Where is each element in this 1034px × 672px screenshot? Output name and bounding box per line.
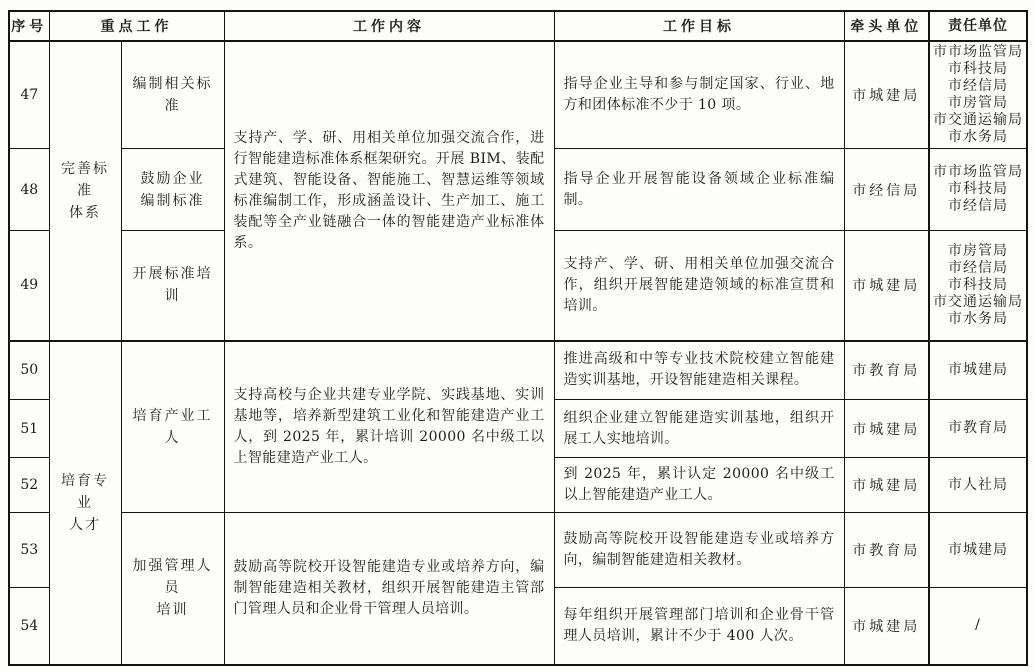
goal-cell: 支持产、学、研、用相关单位加强交流合作，组织开展智能建造领域的标准宣贯和培训。 xyxy=(554,231,844,341)
header-lead: 牵头单位 xyxy=(844,11,929,41)
goal-cell: 组织企业建立智能建造实训基地，组织开展工人实地培训。 xyxy=(554,400,844,458)
table-row: 53 加强管理人员 培训 鼓励高等院校开设智能建造专业或培养方向，编制智能建造相… xyxy=(9,513,1027,588)
task-cell: 培育产业工人 xyxy=(121,341,224,513)
task-cell: 鼓励企业 编制标准 xyxy=(121,149,224,231)
lead-unit-cell: 市城建局 xyxy=(844,588,929,665)
task-cell: 加强管理人员 培训 xyxy=(121,513,224,665)
table-row: 47 完善标准 体系 编制相关标准 支持产、学、研、用相关单位加强交流合作，进行… xyxy=(9,41,1027,149)
responsible-unit-cell: 市房管局 市经信局 市科技局 市交通运输局 市水务局 xyxy=(929,231,1027,341)
serial-cell: 48 xyxy=(9,149,49,231)
lead-unit-cell: 市经信局 xyxy=(844,149,929,231)
responsible-unit-cell: 市城建局 xyxy=(929,341,1027,400)
header-goal: 工作目标 xyxy=(554,11,844,41)
header-key-work: 重点工作 xyxy=(49,11,224,41)
content-cell-workers: 支持高校与企业共建专业学院、实践基地、实训基地等，培养新型建筑工业化和智能建造产… xyxy=(224,341,554,513)
serial-cell: 53 xyxy=(9,513,49,588)
responsible-unit-cell: 市教育局 xyxy=(929,400,1027,458)
serial-cell: 49 xyxy=(9,231,49,341)
serial-cell: 47 xyxy=(9,41,49,149)
goal-cell: 到 2025 年，累计认定 20000 名中级工以上智能建造产业工人。 xyxy=(554,458,844,513)
lead-unit-cell: 市城建局 xyxy=(844,231,929,341)
goal-cell: 鼓励高等院校开设智能建造专业或培养方向，编制智能建造相关教材。 xyxy=(554,513,844,588)
lead-unit-cell: 市城建局 xyxy=(844,400,929,458)
group-cell-standards: 完善标准 体系 xyxy=(49,41,121,341)
serial-cell: 51 xyxy=(9,400,49,458)
header-no: 序号 xyxy=(9,11,49,41)
work-plan-table: 序号 重点工作 工作内容 工作目标 牵头单位 责任单位 47 完善标准 体系 编… xyxy=(8,10,1028,666)
header-content: 工作内容 xyxy=(224,11,554,41)
serial-cell: 54 xyxy=(9,588,49,665)
goal-cell: 每年组织开展管理部门培训和企业骨干管理人员培训，累计不少于 400 人次。 xyxy=(554,588,844,665)
responsible-unit-cell: 市人社局 xyxy=(929,458,1027,513)
content-cell-managers: 鼓励高等院校开设智能建造专业或培养方向，编制智能建造相关教材，组织开展智能建造主… xyxy=(224,513,554,665)
lead-unit-cell: 市城建局 xyxy=(844,458,929,513)
group-cell-talent: 培育专业 人才 xyxy=(49,341,121,665)
header-row: 序号 重点工作 工作内容 工作目标 牵头单位 责任单位 xyxy=(9,11,1027,41)
goal-cell: 指导企业主导和参与制定国家、行业、地方和团体标准不少于 10 项。 xyxy=(554,41,844,149)
lead-unit-cell: 市教育局 xyxy=(844,341,929,400)
lead-unit-cell: 市城建局 xyxy=(844,41,929,149)
serial-cell: 52 xyxy=(9,458,49,513)
goal-cell: 指导企业开展智能设备领域企业标准编制。 xyxy=(554,149,844,231)
document-page: 序号 重点工作 工作内容 工作目标 牵头单位 责任单位 47 完善标准 体系 编… xyxy=(0,0,1034,672)
lead-unit-cell: 市教育局 xyxy=(844,513,929,588)
content-cell-standards: 支持产、学、研、用相关单位加强交流合作，进行智能建造标准体系框架研究。开展 BI… xyxy=(224,41,554,341)
responsible-unit-cell: 市市场监管局 市科技局 市经信局 市房管局 市交通运输局 市水务局 xyxy=(929,41,1027,149)
goal-cell: 推进高级和中等专业技术院校建立智能建造实训基地，开设智能建造相关课程。 xyxy=(554,341,844,400)
responsible-unit-cell: / xyxy=(929,588,1027,665)
header-responsible: 责任单位 xyxy=(929,11,1027,41)
responsible-unit-cell: 市城建局 xyxy=(929,513,1027,588)
table-row: 50 培育专业 人才 培育产业工人 支持高校与企业共建专业学院、实践基地、实训基… xyxy=(9,341,1027,400)
responsible-unit-cell: 市市场监管局 市科技局 市经信局 xyxy=(929,149,1027,231)
serial-cell: 50 xyxy=(9,341,49,400)
task-cell: 编制相关标准 xyxy=(121,41,224,149)
task-cell: 开展标准培训 xyxy=(121,231,224,341)
